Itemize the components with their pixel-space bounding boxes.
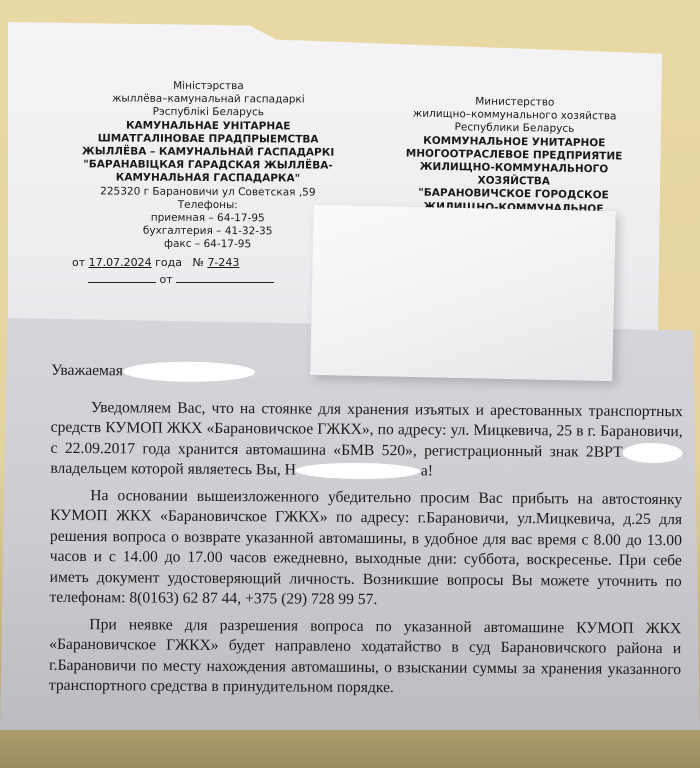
header-line: "БАРАНАВІЦКАЯ ГАРАДСКАЯ ЖЫЛЛЁВА-	[68, 158, 348, 173]
salutation: Уважаемая	[51, 361, 683, 386]
sticky-note-cover	[310, 205, 615, 381]
redacted-plate	[622, 443, 682, 463]
paragraph-2: На основании вышеизложенного убедительно…	[49, 485, 682, 612]
reference-date: 17.07.2024	[89, 256, 152, 269]
redacted-name	[296, 463, 421, 480]
paragraph-3: При неявке для разрешения вопроса по ука…	[49, 614, 682, 700]
letter-body: Уважаемая Уведомляем Вас, что на стоянке…	[49, 361, 683, 701]
header-belarusian: Міністэрства жыллёва–камунальнай гаспада…	[68, 79, 349, 252]
paragraph-1: Уведомляем Вас, что на стоянке для хране…	[50, 397, 683, 483]
redacted-name	[123, 362, 255, 383]
header-phone: факс – 64-17-95	[68, 238, 348, 253]
reference-date-number: от 17.07.2024 года № 7-243	[72, 256, 239, 269]
reference-blank-line: от	[88, 272, 274, 286]
header-address: 225320 г Барановичи ул Советская ,59	[68, 185, 348, 200]
reference-number: 7-243	[207, 256, 239, 269]
